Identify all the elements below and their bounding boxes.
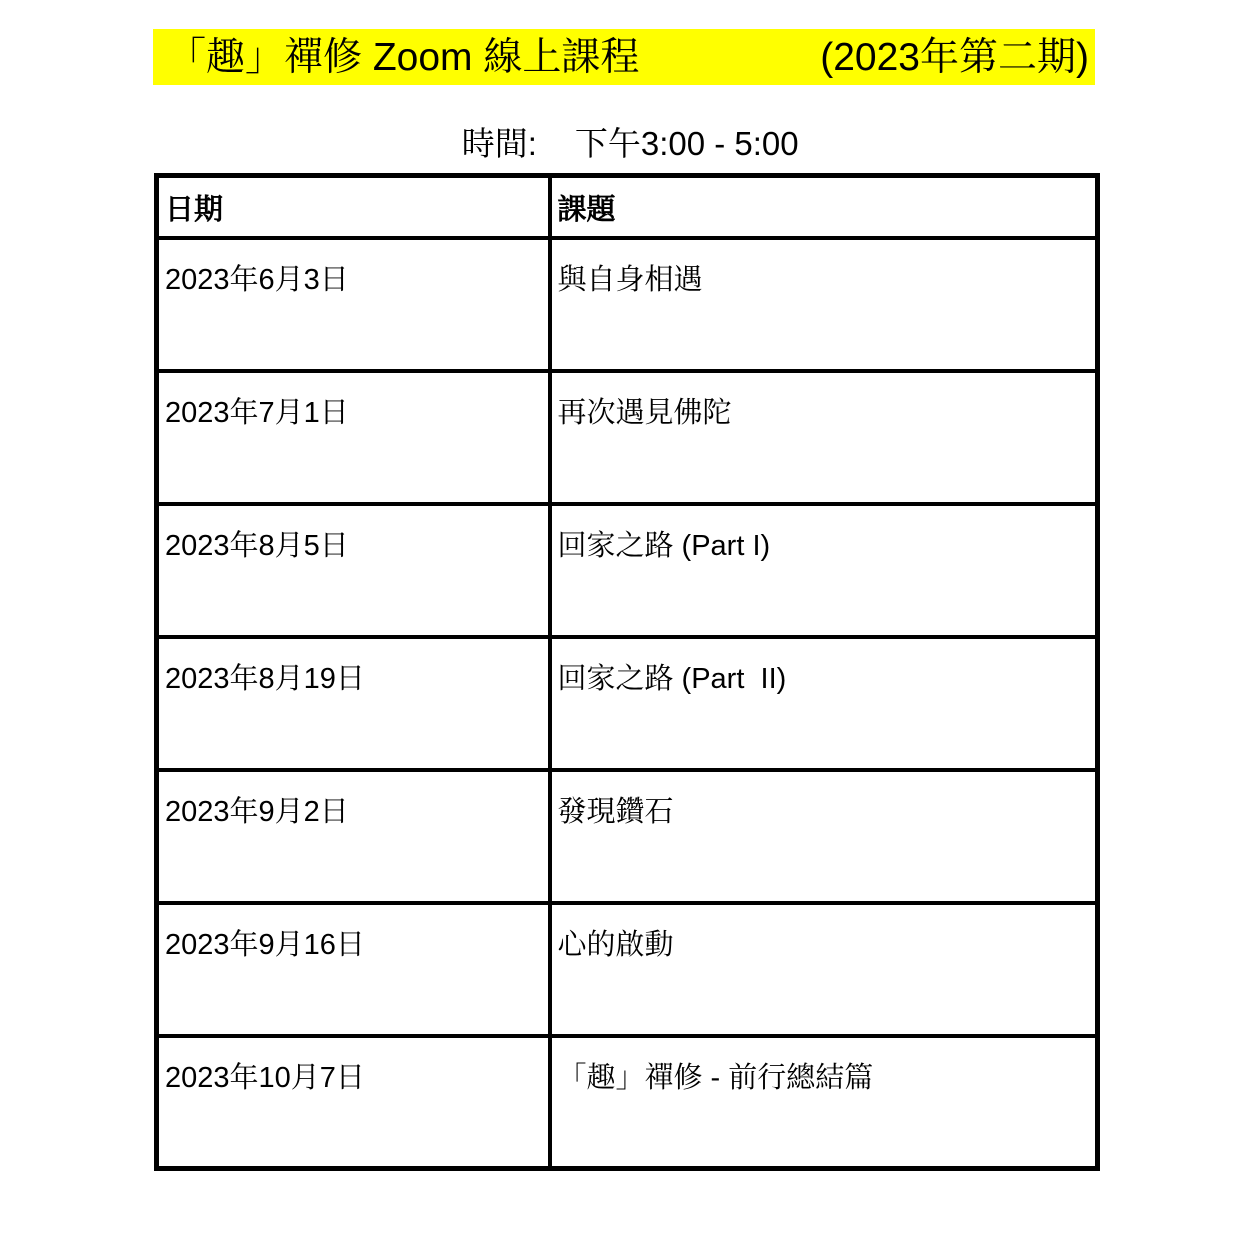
table-row: 2023年7月1日 再次遇見佛陀: [157, 371, 1098, 504]
topic-cell: 發現鑽石: [550, 770, 1098, 903]
topic-cell: 再次遇見佛陀: [550, 371, 1098, 504]
edition-label: (2023年第二期): [820, 38, 1089, 77]
time-line: 時間:下午3:00 - 5:00: [0, 90, 1242, 163]
table-row: 2023年9月16日 心的啟動: [157, 903, 1098, 1036]
topic-cell: 心的啟動: [550, 903, 1098, 1036]
column-header-topic: 課題: [550, 176, 1098, 238]
date-cell: 2023年8月19日: [157, 637, 550, 770]
date-cell: 2023年8月5日: [157, 504, 550, 637]
topic-cell: 「趣」禪修 - 前行總結篇: [550, 1036, 1098, 1169]
table-row: 2023年8月19日 回家之路 (Part II): [157, 637, 1098, 770]
date-cell: 2023年6月3日: [157, 238, 550, 371]
date-cell: 2023年9月16日: [157, 903, 550, 1036]
topic-cell: 與自身相遇: [550, 238, 1098, 371]
date-cell: 2023年9月2日: [157, 770, 550, 903]
course-title: 「趣」禪修 Zoom 線上課程: [167, 38, 639, 77]
topic-cell: 回家之路 (Part I): [550, 504, 1098, 637]
date-cell: 2023年10月7日: [157, 1036, 550, 1169]
topic-cell: 回家之路 (Part II): [550, 637, 1098, 770]
schedule-table: 日期 課題 2023年6月3日 與自身相遇 2023年7月1日 再次遇見佛陀 2…: [154, 173, 1100, 1171]
table-row: 2023年8月5日 回家之路 (Part I): [157, 504, 1098, 637]
time-label: 時間:: [462, 125, 537, 162]
date-cell: 2023年7月1日: [157, 371, 550, 504]
document-page: { "header": { "title": "「趣」禪修 Zoom 線上課程"…: [0, 0, 1242, 1242]
title-highlight: 「趣」禪修 Zoom 線上課程 (2023年第二期): [153, 29, 1095, 85]
time-value: 下午3:00 - 5:00: [575, 125, 799, 162]
table-row: 2023年10月7日 「趣」禪修 - 前行總結篇: [157, 1036, 1098, 1169]
column-header-date: 日期: [157, 176, 550, 238]
table-header-row: 日期 課題: [157, 176, 1098, 238]
table-row: 2023年9月2日 發現鑽石: [157, 770, 1098, 903]
table-row: 2023年6月3日 與自身相遇: [157, 238, 1098, 371]
